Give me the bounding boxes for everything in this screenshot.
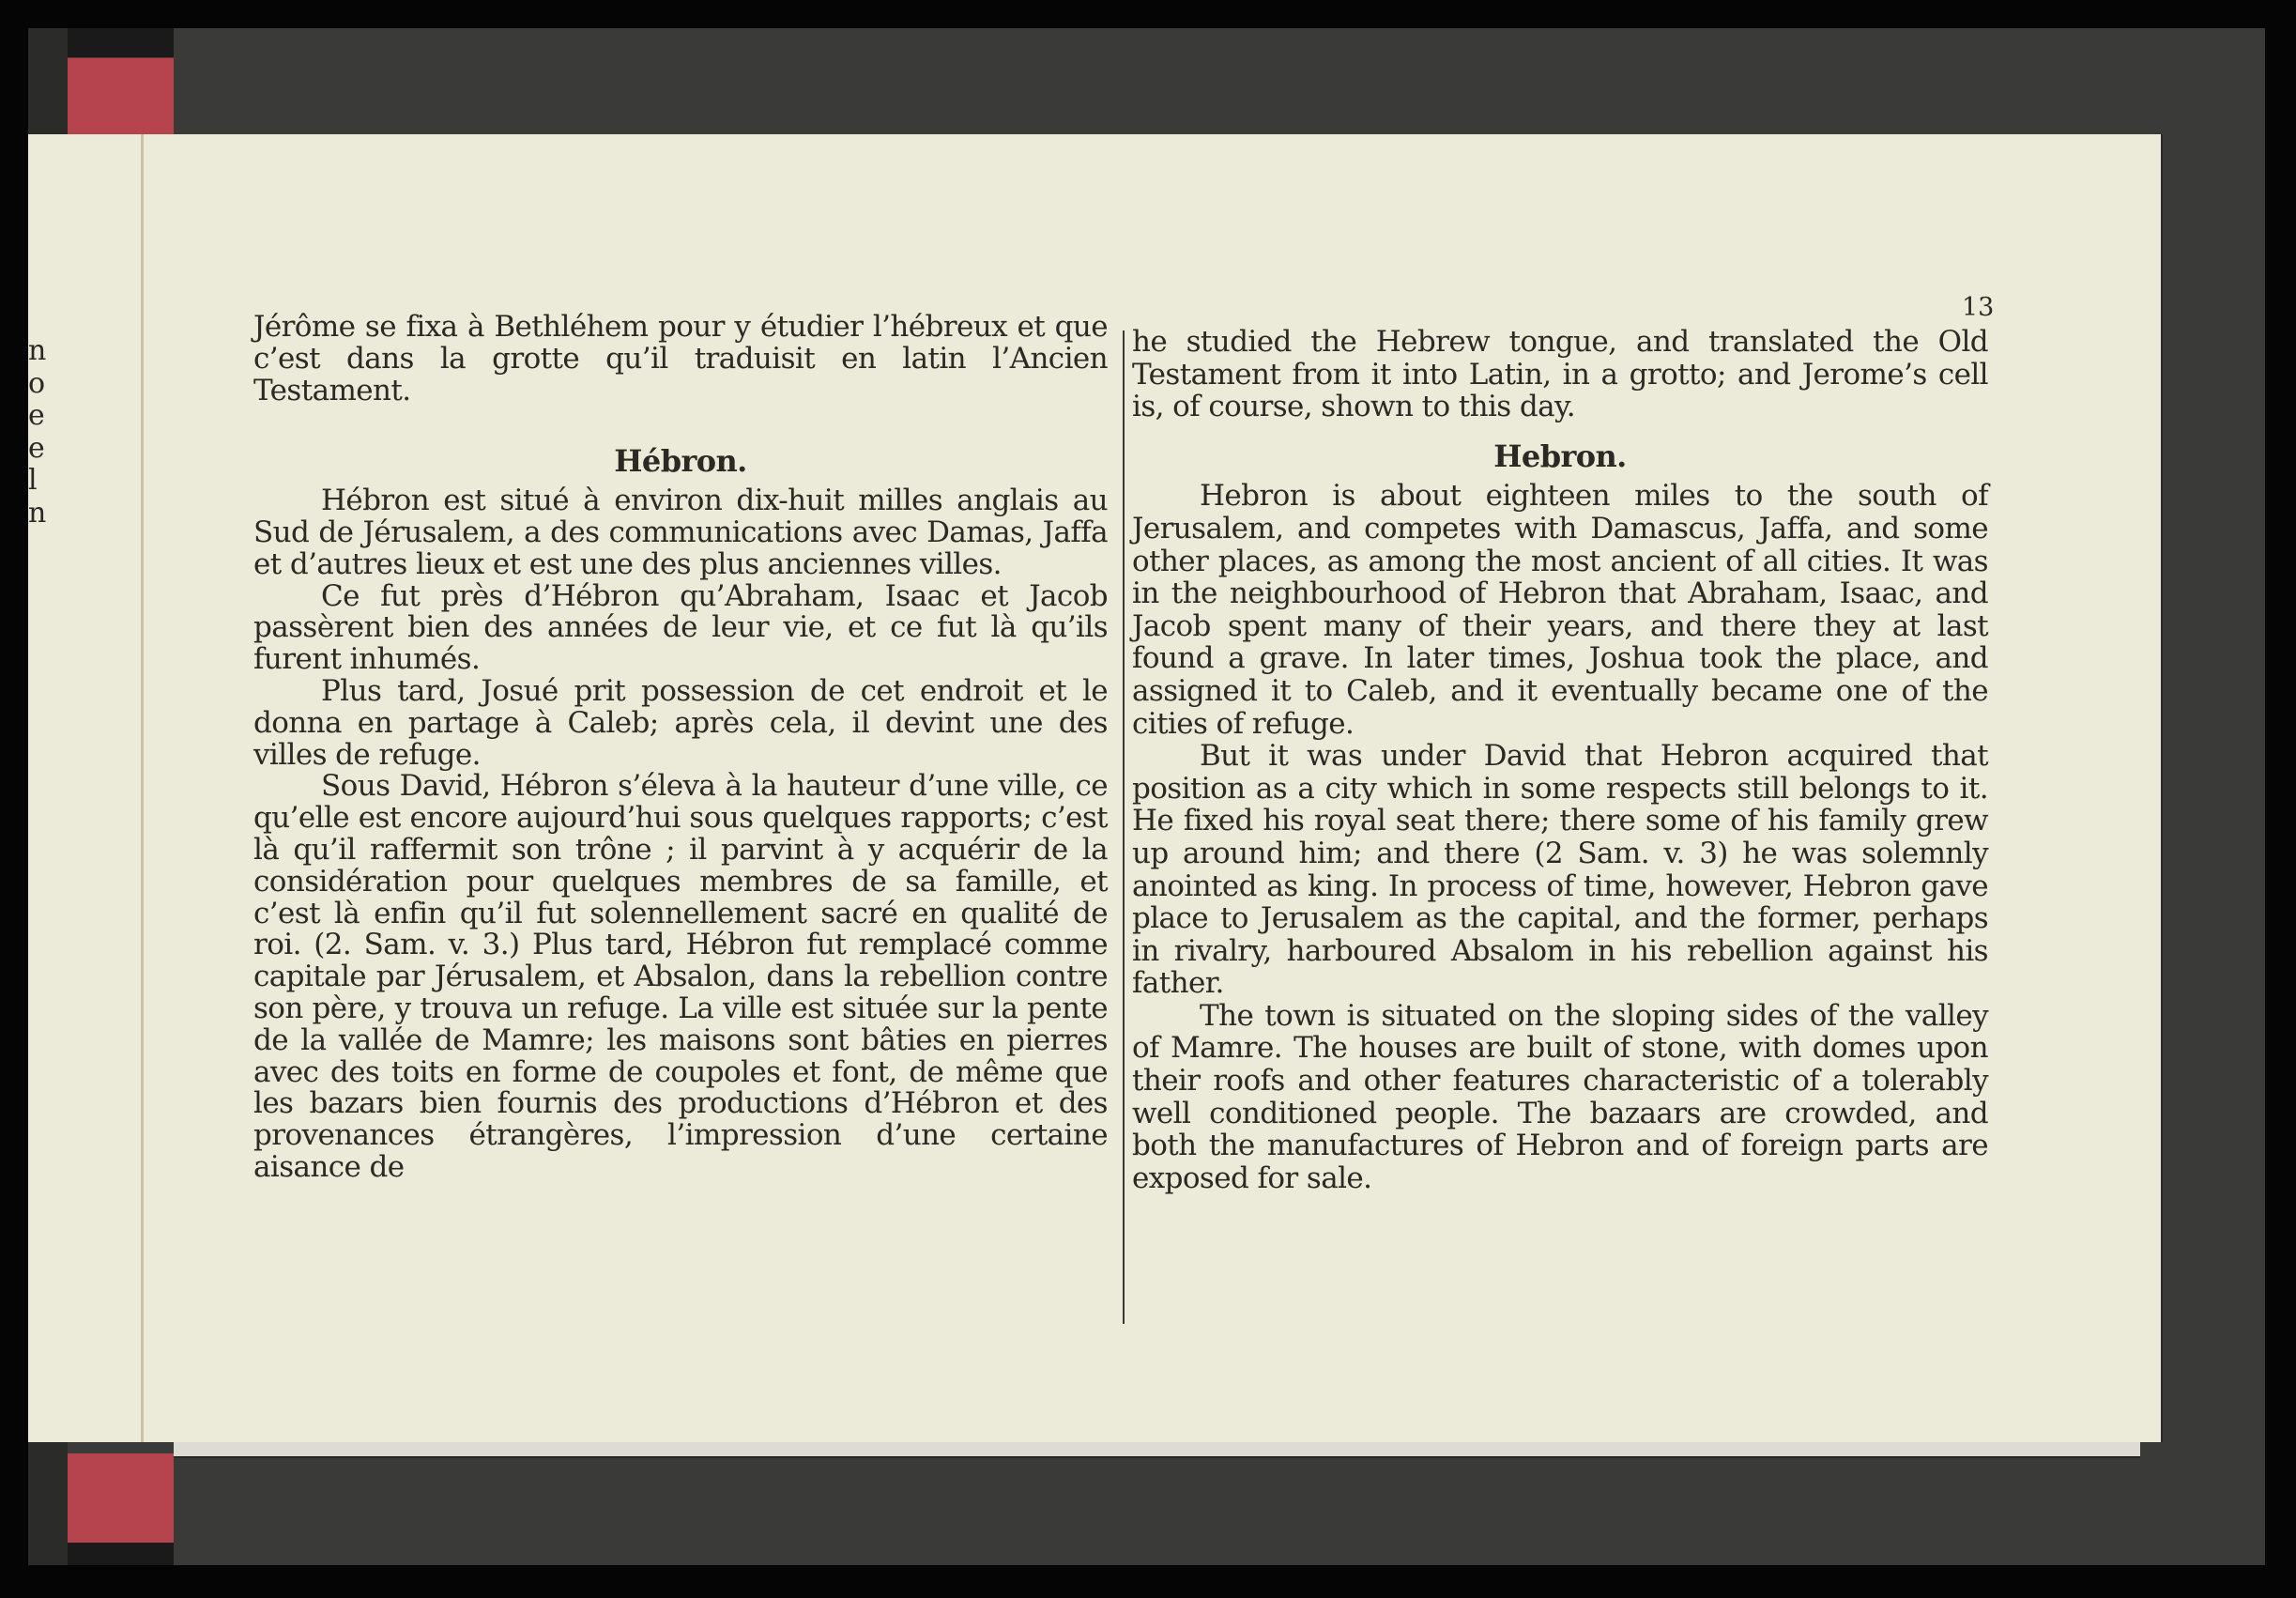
edge-fragment: n xyxy=(28,335,49,368)
english-column: he studied the Hebrew tongue, and transl… xyxy=(1132,326,1988,1194)
french-column: Jérôme se fixa à Bethléhem pour y étudie… xyxy=(253,312,1108,1184)
red-binding-tab-top xyxy=(68,28,174,134)
english-heading: Hebron. xyxy=(1132,440,1988,473)
edge-fragment: l xyxy=(28,465,49,498)
page-number: 13 xyxy=(1962,293,1994,322)
french-paragraph: Ce fut près d’Hébron qu’Abraham, Isaac e… xyxy=(253,581,1108,676)
underlying-page-edge xyxy=(174,1441,2140,1458)
edge-fragment: n xyxy=(28,498,49,530)
english-intro: he studied the Hebrew tongue, and transl… xyxy=(1132,326,1988,423)
french-paragraph: Sous David, Hébron s’éleva à la hauteur … xyxy=(253,771,1108,1183)
french-heading: Hébron. xyxy=(253,446,1108,478)
french-intro: Jérôme se fixa à Bethléhem pour y étudie… xyxy=(253,312,1108,407)
previous-page-edge-fragments: n o e e l n xyxy=(28,335,49,530)
french-paragraph: Hébron est situé à environ dix-huit mill… xyxy=(253,485,1108,580)
english-paragraph: The town is situated on the sloping side… xyxy=(1132,1000,1988,1195)
edge-fragment: e xyxy=(28,433,49,466)
edge-fragment: o xyxy=(28,368,49,401)
edge-fragment: e xyxy=(28,400,49,433)
red-binding-tab-bottom xyxy=(68,1453,174,1565)
column-divider xyxy=(1123,330,1125,1324)
page-fold-line xyxy=(141,134,144,1442)
english-paragraph: Hebron is about eighteen miles to the so… xyxy=(1132,480,1988,740)
french-paragraph: Plus tard, Josué prit possession de cet … xyxy=(253,676,1108,771)
english-paragraph: But it was under David that Hebron acqui… xyxy=(1132,740,1988,1000)
